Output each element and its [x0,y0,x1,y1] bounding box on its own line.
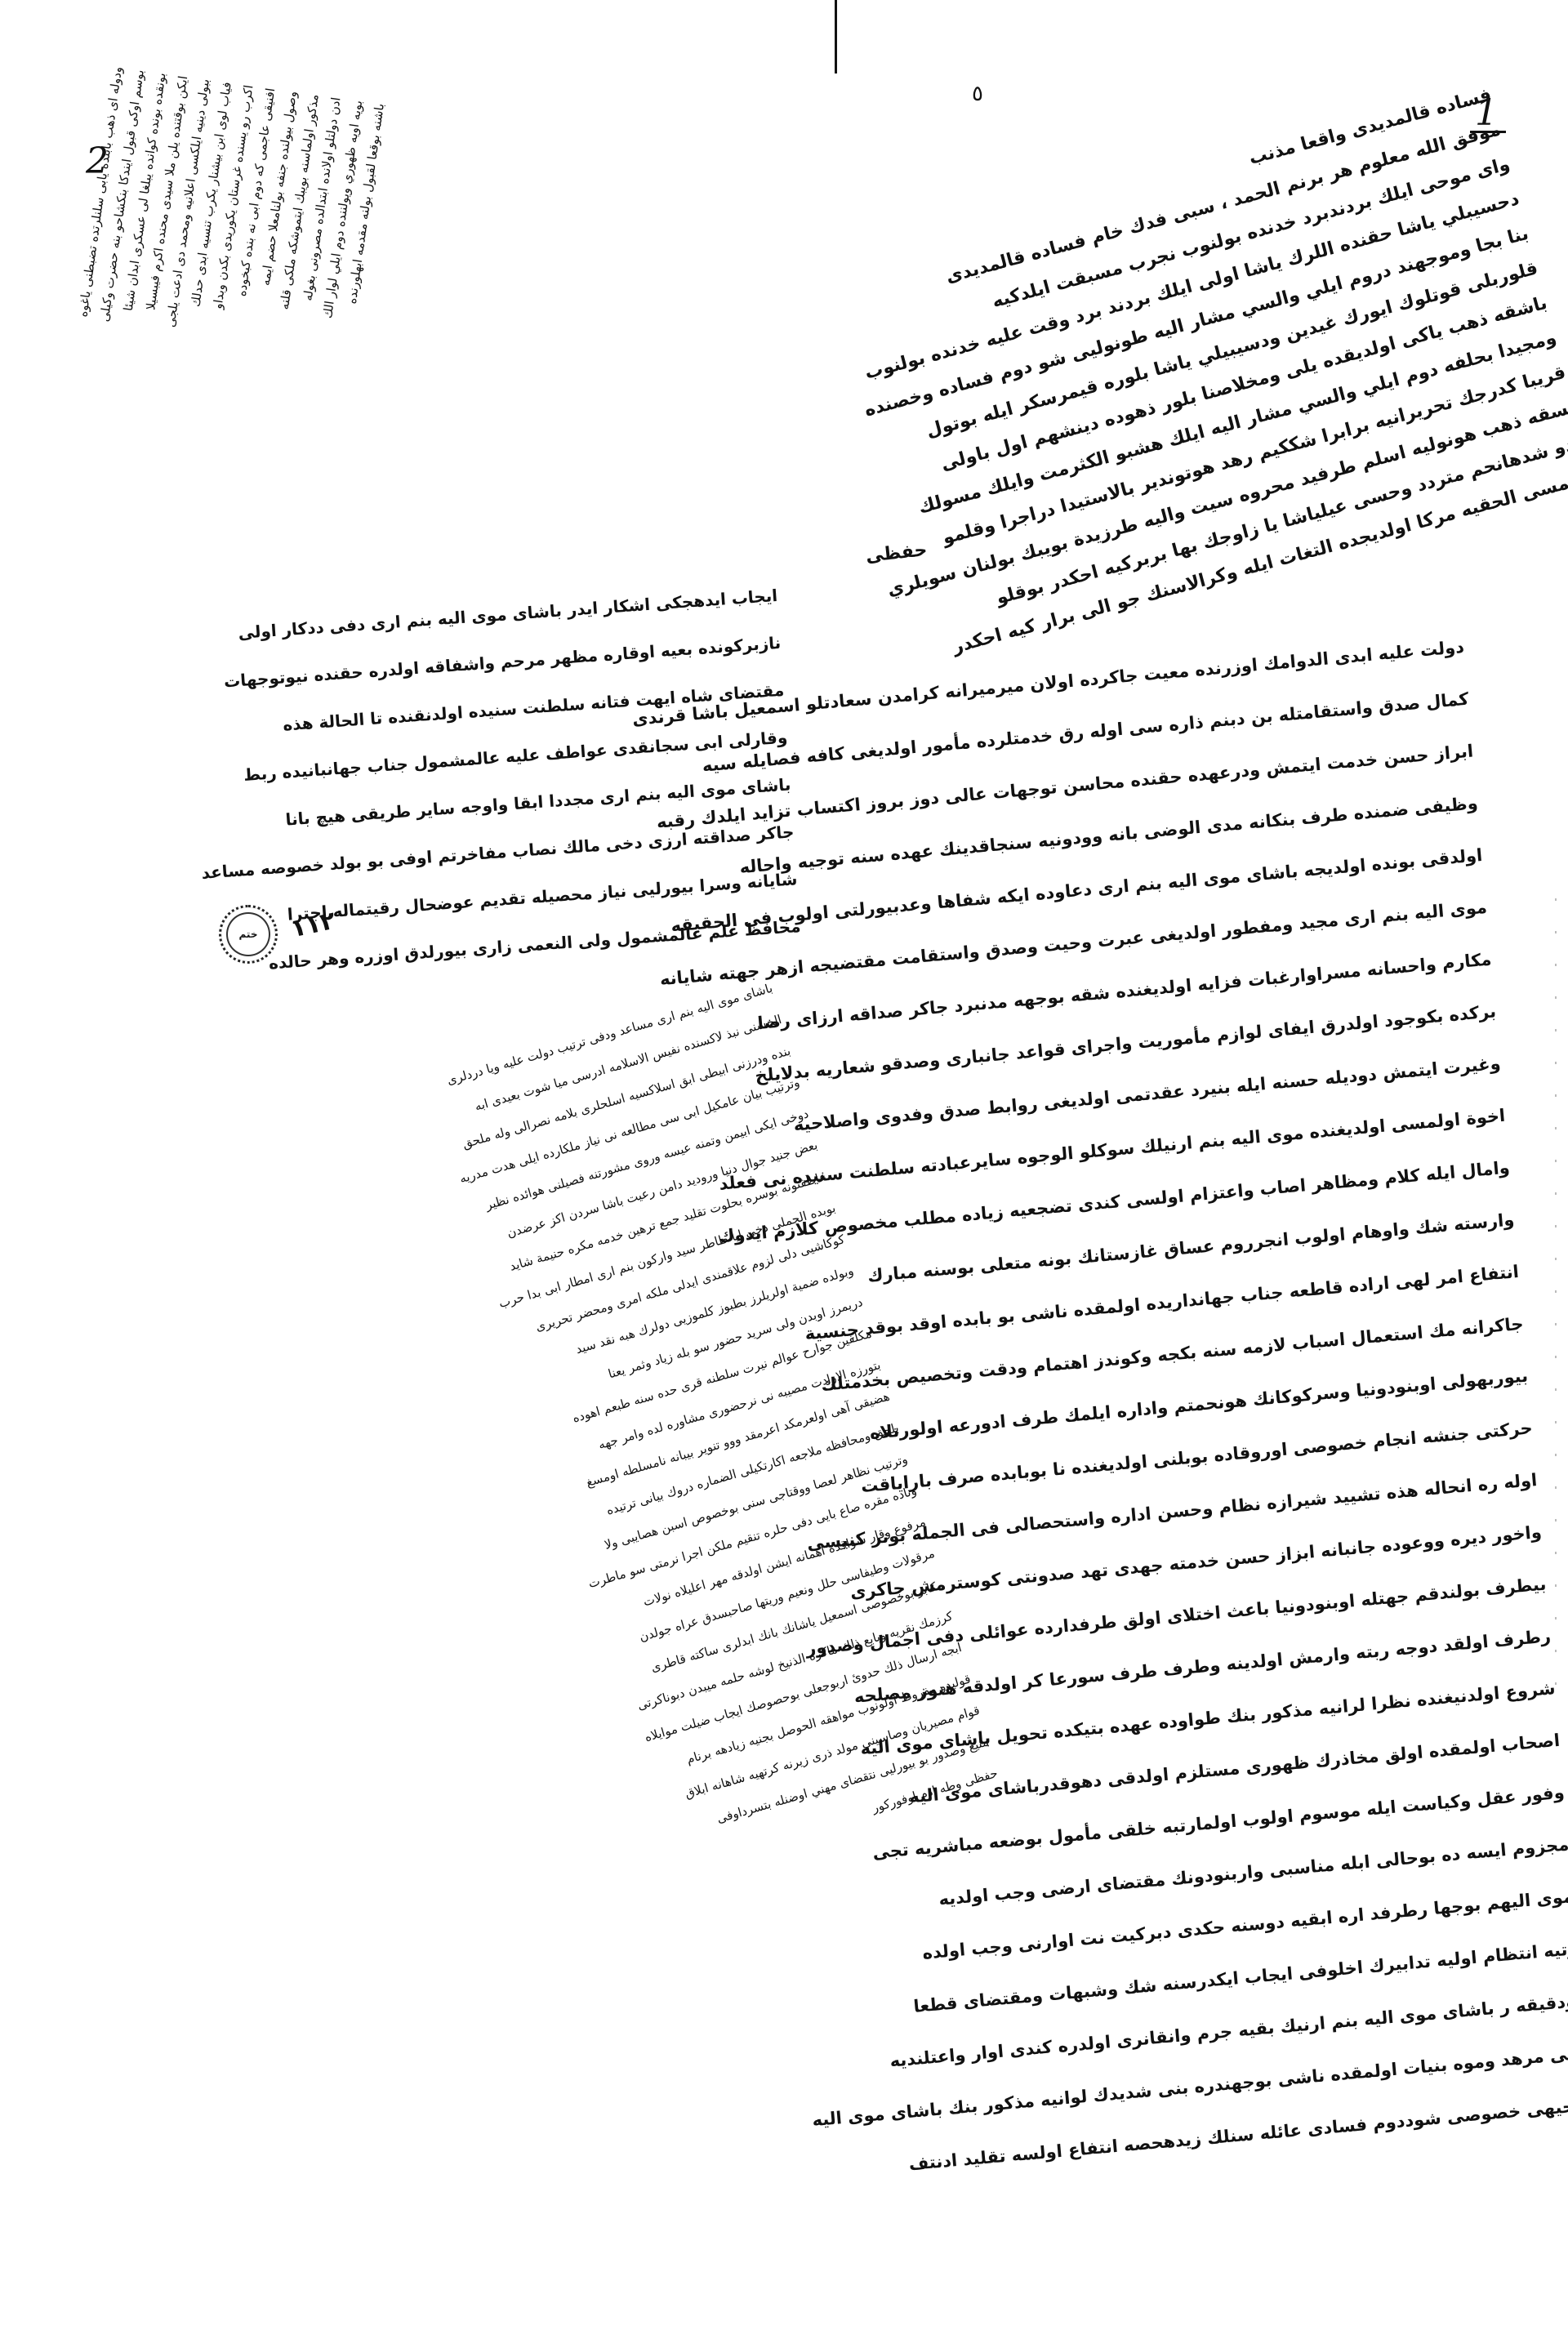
scan-edge-artifact [1555,898,1557,1715]
seal-text: ختم [239,929,258,940]
signature-hifzi: حفظى [865,540,929,567]
seal-stamp: ختم [219,905,278,964]
top-right-text-block: فساده قالمديدى واقعا مذنب موفق الله معلو… [840,78,1568,667]
main-right-text-block: دولت عليه ابدى الدوامك اوزرنده معيت جاكر… [819,621,1568,2187]
manuscript-page: 1 2 ٥ فساده قالمديدى واقعا مذنب موفق الل… [0,0,1568,2330]
top-mark: ٥ [972,82,983,106]
fold-line [835,0,837,74]
